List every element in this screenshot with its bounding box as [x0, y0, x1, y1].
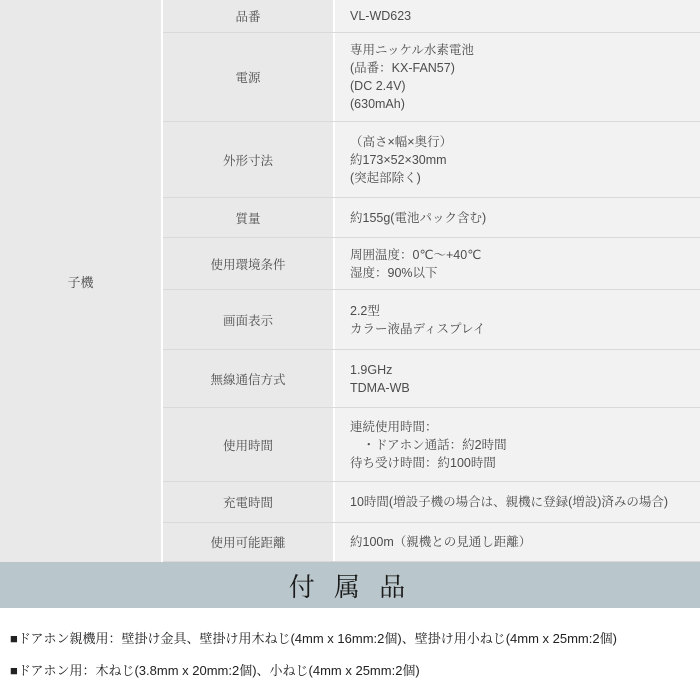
table-row: 使用環境条件周囲温度：0℃～+40℃湿度：90%以下	[163, 238, 700, 290]
table-row: 電源専用ニッケル水素電池(品番：KX-FAN57)(DC 2.4V)(630mA…	[163, 33, 700, 122]
row-value: 専用ニッケル水素電池(品番：KX-FAN57)(DC 2.4V)(630mAh)	[335, 33, 700, 121]
row-value: VL-WD623	[335, 0, 700, 32]
value-line: 周囲温度：0℃～+40℃	[350, 246, 700, 264]
value-line: 1.9GHz	[350, 361, 700, 379]
row-label: 画面表示	[163, 290, 335, 349]
value-line: 湿度：90%以下	[350, 264, 700, 282]
row-value: （高さ×幅×奥行）約173×52×30mm(突起部除く)	[335, 122, 700, 197]
accessories-title: 付 属 品	[289, 567, 411, 604]
accessory-item: ■ドアホン用：木ねじ(3.8mm x 20mm:2個)、小ねじ(4mm x 25…	[10, 662, 692, 680]
value-line: （高さ×幅×奥行）	[350, 133, 700, 151]
value-line: 2.2型	[350, 302, 700, 320]
spec-rows: 品番VL-WD623電源専用ニッケル水素電池(品番：KX-FAN57)(DC 2…	[163, 0, 700, 562]
row-value: 2.2型カラー液晶ディスプレイ	[335, 290, 700, 349]
value-line: VL-WD623	[350, 7, 700, 25]
value-line: 約173×52×30mm	[350, 151, 700, 169]
row-value: 周囲温度：0℃～+40℃湿度：90%以下	[335, 238, 700, 289]
value-line: 約100m（親機との見通し距離）	[350, 533, 700, 551]
value-line: (突起部除く)	[350, 169, 700, 187]
table-row: 質量約155g(電池パック含む)	[163, 198, 700, 238]
value-line: ・ドアホン通話：約2時間	[350, 436, 700, 454]
table-row: 充電時間10時間(増設子機の場合は、親機に登録(増設)済みの場合)	[163, 482, 700, 523]
row-label: 品番	[163, 0, 335, 32]
row-value: 連続使用時間： ・ドアホン通話：約2時間待ち受け時間：約100時間	[335, 408, 700, 481]
row-value: 10時間(増設子機の場合は、親機に登録(増設)済みの場合)	[335, 482, 700, 522]
group-cell: 子機	[0, 0, 163, 562]
group-label: 子機	[67, 272, 93, 291]
row-label: 使用環境条件	[163, 238, 335, 289]
table-row: 使用時間連続使用時間： ・ドアホン通話：約2時間待ち受け時間：約100時間	[163, 408, 700, 482]
value-line: 約155g(電池パック含む)	[350, 209, 700, 227]
row-label: 外形寸法	[163, 122, 335, 197]
value-line: (DC 2.4V)	[350, 77, 700, 95]
row-value: 1.9GHzTDMA-WB	[335, 350, 700, 407]
value-line: TDMA-WB	[350, 379, 700, 397]
row-label: 使用可能距離	[163, 523, 335, 561]
accessories-header: 付 属 品	[0, 562, 700, 608]
row-label: 使用時間	[163, 408, 335, 481]
accessories-list: ■ドアホン親機用：壁掛け金具、壁掛け用木ねじ(4mm x 16mm:2個)、壁掛…	[0, 608, 700, 680]
row-label: 質量	[163, 198, 335, 237]
row-label: 充電時間	[163, 482, 335, 522]
value-line: 連続使用時間：	[350, 418, 700, 436]
row-label: 無線通信方式	[163, 350, 335, 407]
value-line: カラー液晶ディスプレイ	[350, 320, 700, 338]
table-row: 無線通信方式1.9GHzTDMA-WB	[163, 350, 700, 408]
product-spec-page: 子機 品番VL-WD623電源専用ニッケル水素電池(品番：KX-FAN57)(D…	[0, 0, 700, 700]
row-value: 約100m（親機との見通し距離）	[335, 523, 700, 561]
table-row: 外形寸法（高さ×幅×奥行）約173×52×30mm(突起部除く)	[163, 122, 700, 198]
value-line: (630mAh)	[350, 95, 700, 113]
table-row: 品番VL-WD623	[163, 0, 700, 33]
table-row: 使用可能距離約100m（親機との見通し距離）	[163, 523, 700, 562]
accessory-item: ■ドアホン親機用：壁掛け金具、壁掛け用木ねじ(4mm x 16mm:2個)、壁掛…	[10, 630, 692, 648]
row-value: 約155g(電池パック含む)	[335, 198, 700, 237]
value-line: 10時間(増設子機の場合は、親機に登録(増設)済みの場合)	[350, 493, 700, 511]
spec-table: 子機 品番VL-WD623電源専用ニッケル水素電池(品番：KX-FAN57)(D…	[0, 0, 700, 562]
value-line: (品番：KX-FAN57)	[350, 59, 700, 77]
row-label: 電源	[163, 33, 335, 121]
value-line: 専用ニッケル水素電池	[350, 41, 700, 59]
value-line: 待ち受け時間：約100時間	[350, 454, 700, 472]
table-row: 画面表示2.2型カラー液晶ディスプレイ	[163, 290, 700, 350]
